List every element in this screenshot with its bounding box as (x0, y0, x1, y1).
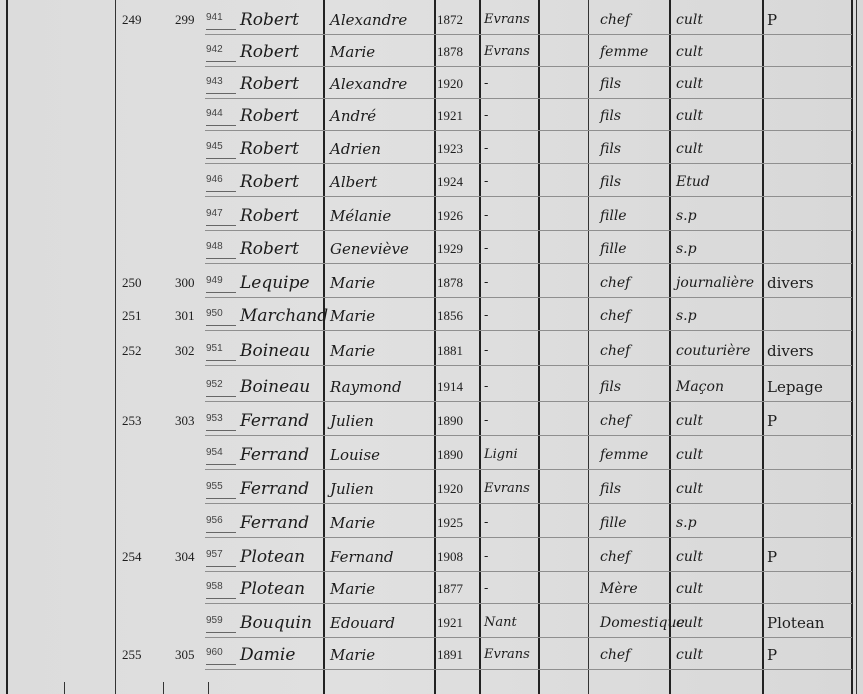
surname: Boineau (240, 342, 310, 360)
individu-number: 958 (206, 578, 223, 596)
menage-number: 251 (122, 307, 142, 325)
birth-place: - (484, 274, 488, 292)
row-rule (205, 669, 852, 670)
individu-number: 952 (206, 376, 223, 394)
individu-number: 945 (206, 138, 223, 156)
individu-number: 959 (206, 612, 223, 630)
individu-number: 950 (206, 305, 223, 323)
maison-number: 304 (175, 548, 195, 566)
profession: cult (676, 412, 703, 430)
individu-underline (206, 93, 236, 94)
employer: P (767, 412, 777, 430)
individu-underline (206, 664, 236, 665)
family-status: fils (600, 173, 621, 191)
first-name: Albert (330, 173, 377, 191)
individu-number: 957 (206, 546, 223, 564)
individu-underline (206, 396, 236, 397)
register-row: 946 Robert Albert 1924 - fils Etud (0, 161, 863, 195)
register-row: 942 Robert Marie 1878 Evrans femme cult (0, 31, 863, 65)
profession: cult (676, 11, 703, 29)
individu-underline (206, 191, 236, 192)
register-row: 956 Ferrand Marie 1925 - fille s.p (0, 502, 863, 536)
surname: Lequipe (240, 274, 310, 292)
birth-year: 1926 (437, 207, 463, 225)
register-row: 250 300 949 Lequipe Marie 1878 - chef jo… (0, 262, 863, 296)
birth-year: 1908 (437, 548, 463, 566)
row-rule (205, 163, 852, 164)
row-rule (205, 469, 852, 470)
profession: cult (676, 548, 703, 566)
profession: Etud (676, 173, 710, 191)
census-register-page: 249 299 941 Robert Alexandre 1872 Evrans… (0, 0, 863, 694)
employer: divers (767, 274, 814, 292)
family-status: fille (600, 207, 627, 225)
first-name: Marie (330, 274, 375, 292)
birth-year: 1856 (437, 307, 463, 325)
birth-place: - (484, 378, 488, 396)
birth-year: 1877 (437, 580, 463, 598)
register-row: 249 299 941 Robert Alexandre 1872 Evrans… (0, 0, 863, 33)
employer: Plotean (767, 614, 824, 632)
individu-underline (206, 430, 236, 431)
surname: Plotean (240, 580, 305, 598)
individu-number: 942 (206, 41, 223, 59)
birth-year: 1920 (437, 480, 463, 498)
bottom-tick (208, 682, 209, 694)
family-status: fils (600, 480, 621, 498)
register-row: 254 304 957 Plotean Fernand 1908 - chef … (0, 536, 863, 570)
surname: Robert (240, 43, 299, 61)
register-row: 952 Boineau Raymond 1914 - fils Maçon Le… (0, 366, 863, 400)
individu-number: 953 (206, 410, 223, 428)
individu-underline (206, 125, 236, 126)
menage-number: 255 (122, 646, 142, 664)
first-name: Mélanie (330, 207, 391, 225)
birth-place: - (484, 140, 488, 158)
birth-year: 1925 (437, 514, 463, 532)
surname: Plotean (240, 548, 305, 566)
profession: journalière (676, 274, 754, 292)
birth-place: - (484, 75, 488, 93)
row-rule (205, 365, 852, 366)
register-row: 252 302 951 Boineau Marie 1881 - chef co… (0, 330, 863, 364)
individu-number: 951 (206, 340, 223, 358)
surname: Damie (240, 646, 295, 664)
family-status: chef (600, 412, 630, 430)
birth-year: 1920 (437, 75, 463, 93)
row-rule (205, 503, 852, 504)
individu-underline (206, 225, 236, 226)
individu-underline (206, 61, 236, 62)
first-name: Alexandre (330, 75, 407, 93)
family-status: fils (600, 107, 621, 125)
menage-number: 250 (122, 274, 142, 292)
profession: s.p (676, 207, 697, 225)
birth-year: 1923 (437, 140, 463, 158)
birth-place: - (484, 240, 488, 258)
birth-place: - (484, 412, 488, 430)
profession: cult (676, 107, 703, 125)
register-row: 947 Robert Mélanie 1926 - fille s.p (0, 195, 863, 229)
birth-place: - (484, 342, 488, 360)
row-rule (205, 34, 852, 35)
individu-underline (206, 598, 236, 599)
profession: s.p (676, 240, 697, 258)
row-rule (205, 401, 852, 402)
family-status: chef (600, 646, 630, 664)
birth-year: 1924 (437, 173, 463, 191)
maison-number: 299 (175, 11, 195, 29)
birth-year: 1878 (437, 274, 463, 292)
birth-year: 1890 (437, 412, 463, 430)
birth-place: - (484, 107, 488, 125)
profession: Maçon (676, 378, 724, 396)
birth-place: - (484, 173, 488, 191)
birth-place: Evrans (484, 11, 530, 29)
birth-year: 1914 (437, 378, 463, 396)
individu-number: 946 (206, 171, 223, 189)
individu-underline (206, 325, 236, 326)
register-row: 943 Robert Alexandre 1920 - fils cult (0, 63, 863, 97)
profession: s.p (676, 307, 697, 325)
register-row: 944 Robert André 1921 - fils cult (0, 95, 863, 129)
birth-place: - (484, 514, 488, 532)
employer: P (767, 11, 777, 29)
row-rule (205, 196, 852, 197)
register-row: 958 Plotean Marie 1877 - Mère cult (0, 568, 863, 602)
birth-place: Evrans (484, 646, 530, 664)
family-status: femme (600, 446, 648, 464)
individu-number: 943 (206, 73, 223, 91)
first-name: Marie (330, 514, 375, 532)
profession: cult (676, 614, 703, 632)
birth-year: 1872 (437, 11, 463, 29)
surname: Ferrand (240, 514, 309, 532)
individu-number: 955 (206, 478, 223, 496)
individu-number: 949 (206, 272, 223, 290)
birth-place: Evrans (484, 480, 530, 498)
row-rule (205, 130, 852, 131)
employer: P (767, 646, 777, 664)
row-rule (205, 537, 852, 538)
surname: Boineau (240, 378, 310, 396)
profession: cult (676, 580, 703, 598)
employer: P (767, 548, 777, 566)
register-row: 954 Ferrand Louise 1890 Ligni femme cult (0, 434, 863, 468)
birth-place: Nant (484, 614, 517, 632)
individu-number: 956 (206, 512, 223, 530)
surname: Marchand (240, 307, 328, 325)
individu-underline (206, 360, 236, 361)
row-rule (205, 637, 852, 638)
birth-place: Evrans (484, 43, 530, 61)
individu-number: 941 (206, 9, 223, 27)
family-status: fils (600, 75, 621, 93)
employer: Lepage (767, 378, 823, 396)
first-name: Marie (330, 307, 375, 325)
family-status: chef (600, 274, 630, 292)
surname: Ferrand (240, 446, 309, 464)
birth-year: 1921 (437, 614, 463, 632)
menage-number: 249 (122, 11, 142, 29)
birth-place: - (484, 548, 488, 566)
profession: cult (676, 140, 703, 158)
profession: cult (676, 646, 703, 664)
family-status: fils (600, 140, 621, 158)
birth-place: - (484, 307, 488, 325)
individu-underline (206, 498, 236, 499)
individu-underline (206, 632, 236, 633)
register-row: 955 Ferrand Julien 1920 Evrans fils cult (0, 468, 863, 502)
first-name: Julien (330, 412, 374, 430)
profession: cult (676, 75, 703, 93)
surname: Ferrand (240, 412, 309, 430)
first-name: Marie (330, 43, 375, 61)
individu-number: 947 (206, 205, 223, 223)
surname: Robert (240, 240, 299, 258)
first-name: Fernand (330, 548, 394, 566)
row-rule (205, 435, 852, 436)
surname: Robert (240, 11, 299, 29)
family-status: fille (600, 240, 627, 258)
profession: cult (676, 480, 703, 498)
bottom-tick (163, 682, 164, 694)
first-name: Louise (330, 446, 380, 464)
row-rule (205, 66, 852, 67)
profession: cult (676, 43, 703, 61)
surname: Robert (240, 173, 299, 191)
family-status: Domestique (600, 614, 685, 632)
register-row: 948 Robert Geneviève 1929 - fille s.p (0, 228, 863, 262)
individu-number: 954 (206, 444, 223, 462)
first-name: Marie (330, 580, 375, 598)
row-rule (205, 297, 852, 298)
first-name: André (330, 107, 376, 125)
first-name: Raymond (330, 378, 402, 396)
family-status: chef (600, 11, 630, 29)
birth-year: 1891 (437, 646, 463, 664)
row-rule (205, 571, 852, 572)
family-status: Mère (600, 580, 638, 598)
family-status: chef (600, 342, 630, 360)
register-row: 959 Bouquin Edouard 1921 Nant Domestique… (0, 602, 863, 636)
first-name: Edouard (330, 614, 395, 632)
row-rule (205, 263, 852, 264)
surname: Bouquin (240, 614, 312, 632)
family-status: chef (600, 548, 630, 566)
individu-underline (206, 258, 236, 259)
family-status: chef (600, 307, 630, 325)
menage-number: 252 (122, 342, 142, 360)
maison-number: 301 (175, 307, 195, 325)
surname: Robert (240, 107, 299, 125)
employer: divers (767, 342, 814, 360)
individu-underline (206, 532, 236, 533)
family-status: femme (600, 43, 648, 61)
family-status: fille (600, 514, 627, 532)
first-name: Adrien (330, 140, 381, 158)
individu-underline (206, 29, 236, 30)
surname: Robert (240, 75, 299, 93)
individu-number: 948 (206, 238, 223, 256)
individu-number: 960 (206, 644, 223, 662)
profession: couturière (676, 342, 750, 360)
menage-number: 253 (122, 412, 142, 430)
first-name: Geneviève (330, 240, 409, 258)
maison-number: 305 (175, 646, 195, 664)
individu-underline (206, 158, 236, 159)
individu-number: 944 (206, 105, 223, 123)
birth-year: 1881 (437, 342, 463, 360)
register-row: 251 301 950 Marchand Marie 1856 - chef s… (0, 295, 863, 329)
family-status: fils (600, 378, 621, 396)
first-name: Marie (330, 342, 375, 360)
row-rule (205, 230, 852, 231)
surname: Ferrand (240, 480, 309, 498)
row-rule (205, 98, 852, 99)
maison-number: 303 (175, 412, 195, 430)
menage-number: 254 (122, 548, 142, 566)
birth-year: 1890 (437, 446, 463, 464)
first-name: Julien (330, 480, 374, 498)
birth-year: 1878 (437, 43, 463, 61)
maison-number: 302 (175, 342, 195, 360)
individu-underline (206, 292, 236, 293)
surname: Robert (240, 207, 299, 225)
individu-underline (206, 464, 236, 465)
birth-year: 1921 (437, 107, 463, 125)
birth-place: - (484, 207, 488, 225)
first-name: Marie (330, 646, 375, 664)
birth-place: - (484, 580, 488, 598)
individu-underline (206, 566, 236, 567)
profession: cult (676, 446, 703, 464)
row-rule (205, 603, 852, 604)
register-row: 945 Robert Adrien 1923 - fils cult (0, 128, 863, 162)
birth-year: 1929 (437, 240, 463, 258)
maison-number: 300 (175, 274, 195, 292)
profession: s.p (676, 514, 697, 532)
first-name: Alexandre (330, 11, 407, 29)
register-row: 253 303 953 Ferrand Julien 1890 - chef c… (0, 400, 863, 434)
row-rule (205, 330, 852, 331)
register-row: 255 305 960 Damie Marie 1891 Evrans chef… (0, 634, 863, 668)
surname: Robert (240, 140, 299, 158)
bottom-tick (64, 682, 65, 694)
birth-place: Ligni (484, 446, 518, 464)
